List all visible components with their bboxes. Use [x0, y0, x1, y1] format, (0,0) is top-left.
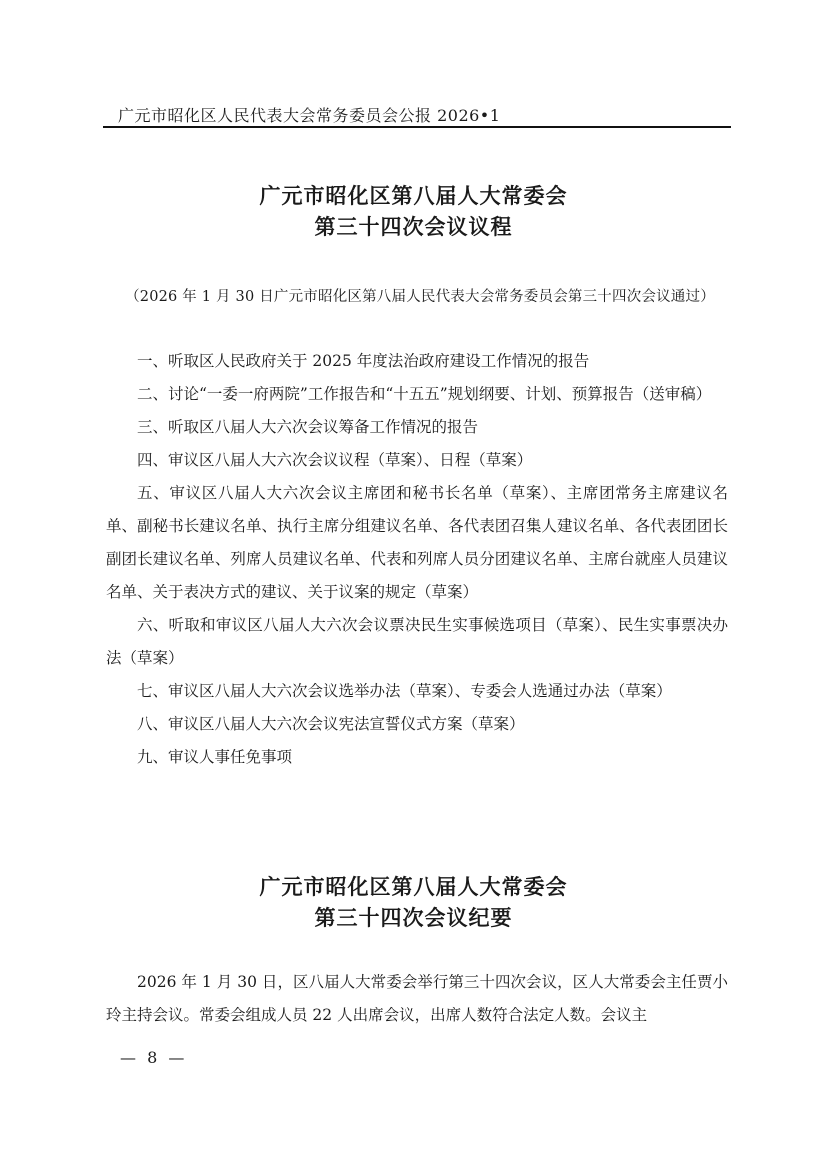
- running-header: 广元市昭化区人民代表大会常务委员会公报 2026•1: [118, 103, 500, 126]
- agenda-item: 六、听取和审议区八届人大六次会议票决民生实事候选项目（草案）、民生实事票决办法（…: [106, 609, 728, 675]
- agenda-item: 九、审议人事任免事项: [106, 741, 728, 774]
- agenda-subtitle: （2026 年 1 月 30 日广元市昭化区第八届人民代表大会常务委员会第三十四…: [100, 285, 740, 306]
- header-divider: [103, 126, 731, 128]
- agenda-item: 一、听取区人民政府关于 2025 年度法治政府建设工作情况的报告: [106, 345, 728, 378]
- minutes-title: 广元市昭化区第八届人大常委会 第三十四次会议纪要: [0, 871, 827, 933]
- agenda-item: 四、审议区八届人大六次会议议程（草案）、日程（草案）: [106, 444, 728, 477]
- minutes-title-line1: 广元市昭化区第八届人大常委会: [0, 871, 827, 902]
- agenda-item: 三、听取区八届人大六次会议筹备工作情况的报告: [106, 411, 728, 444]
- agenda-list: 一、听取区人民政府关于 2025 年度法治政府建设工作情况的报告 二、讨论“一委…: [106, 345, 728, 774]
- page-number: — 8 —: [120, 1048, 187, 1067]
- agenda-item: 七、审议区八届人大六次会议选举办法（草案）、专委会人选通过办法（草案）: [106, 675, 728, 708]
- minutes-paragraph: 2026 年 1 月 30 日，区八届人大常委会举行第三十四次会议，区人大常委会…: [106, 966, 728, 1032]
- agenda-item: 五、审议区八届人大六次会议主席团和秘书长名单（草案）、主席团常务主席建议名单、副…: [106, 477, 728, 609]
- agenda-title: 广元市昭化区第八届人大常委会 第三十四次会议议程: [0, 180, 827, 242]
- agenda-item: 八、审议区八届人大六次会议宪法宣誓仪式方案（草案）: [106, 708, 728, 741]
- agenda-item: 二、讨论“一委一府两院”工作报告和“十五五”规划纲要、计划、预算报告（送审稿）: [106, 378, 728, 411]
- minutes-body: 2026 年 1 月 30 日，区八届人大常委会举行第三十四次会议，区人大常委会…: [106, 966, 728, 1032]
- minutes-title-line2: 第三十四次会议纪要: [0, 902, 827, 933]
- agenda-title-line2: 第三十四次会议议程: [0, 211, 827, 242]
- agenda-title-line1: 广元市昭化区第八届人大常委会: [0, 180, 827, 211]
